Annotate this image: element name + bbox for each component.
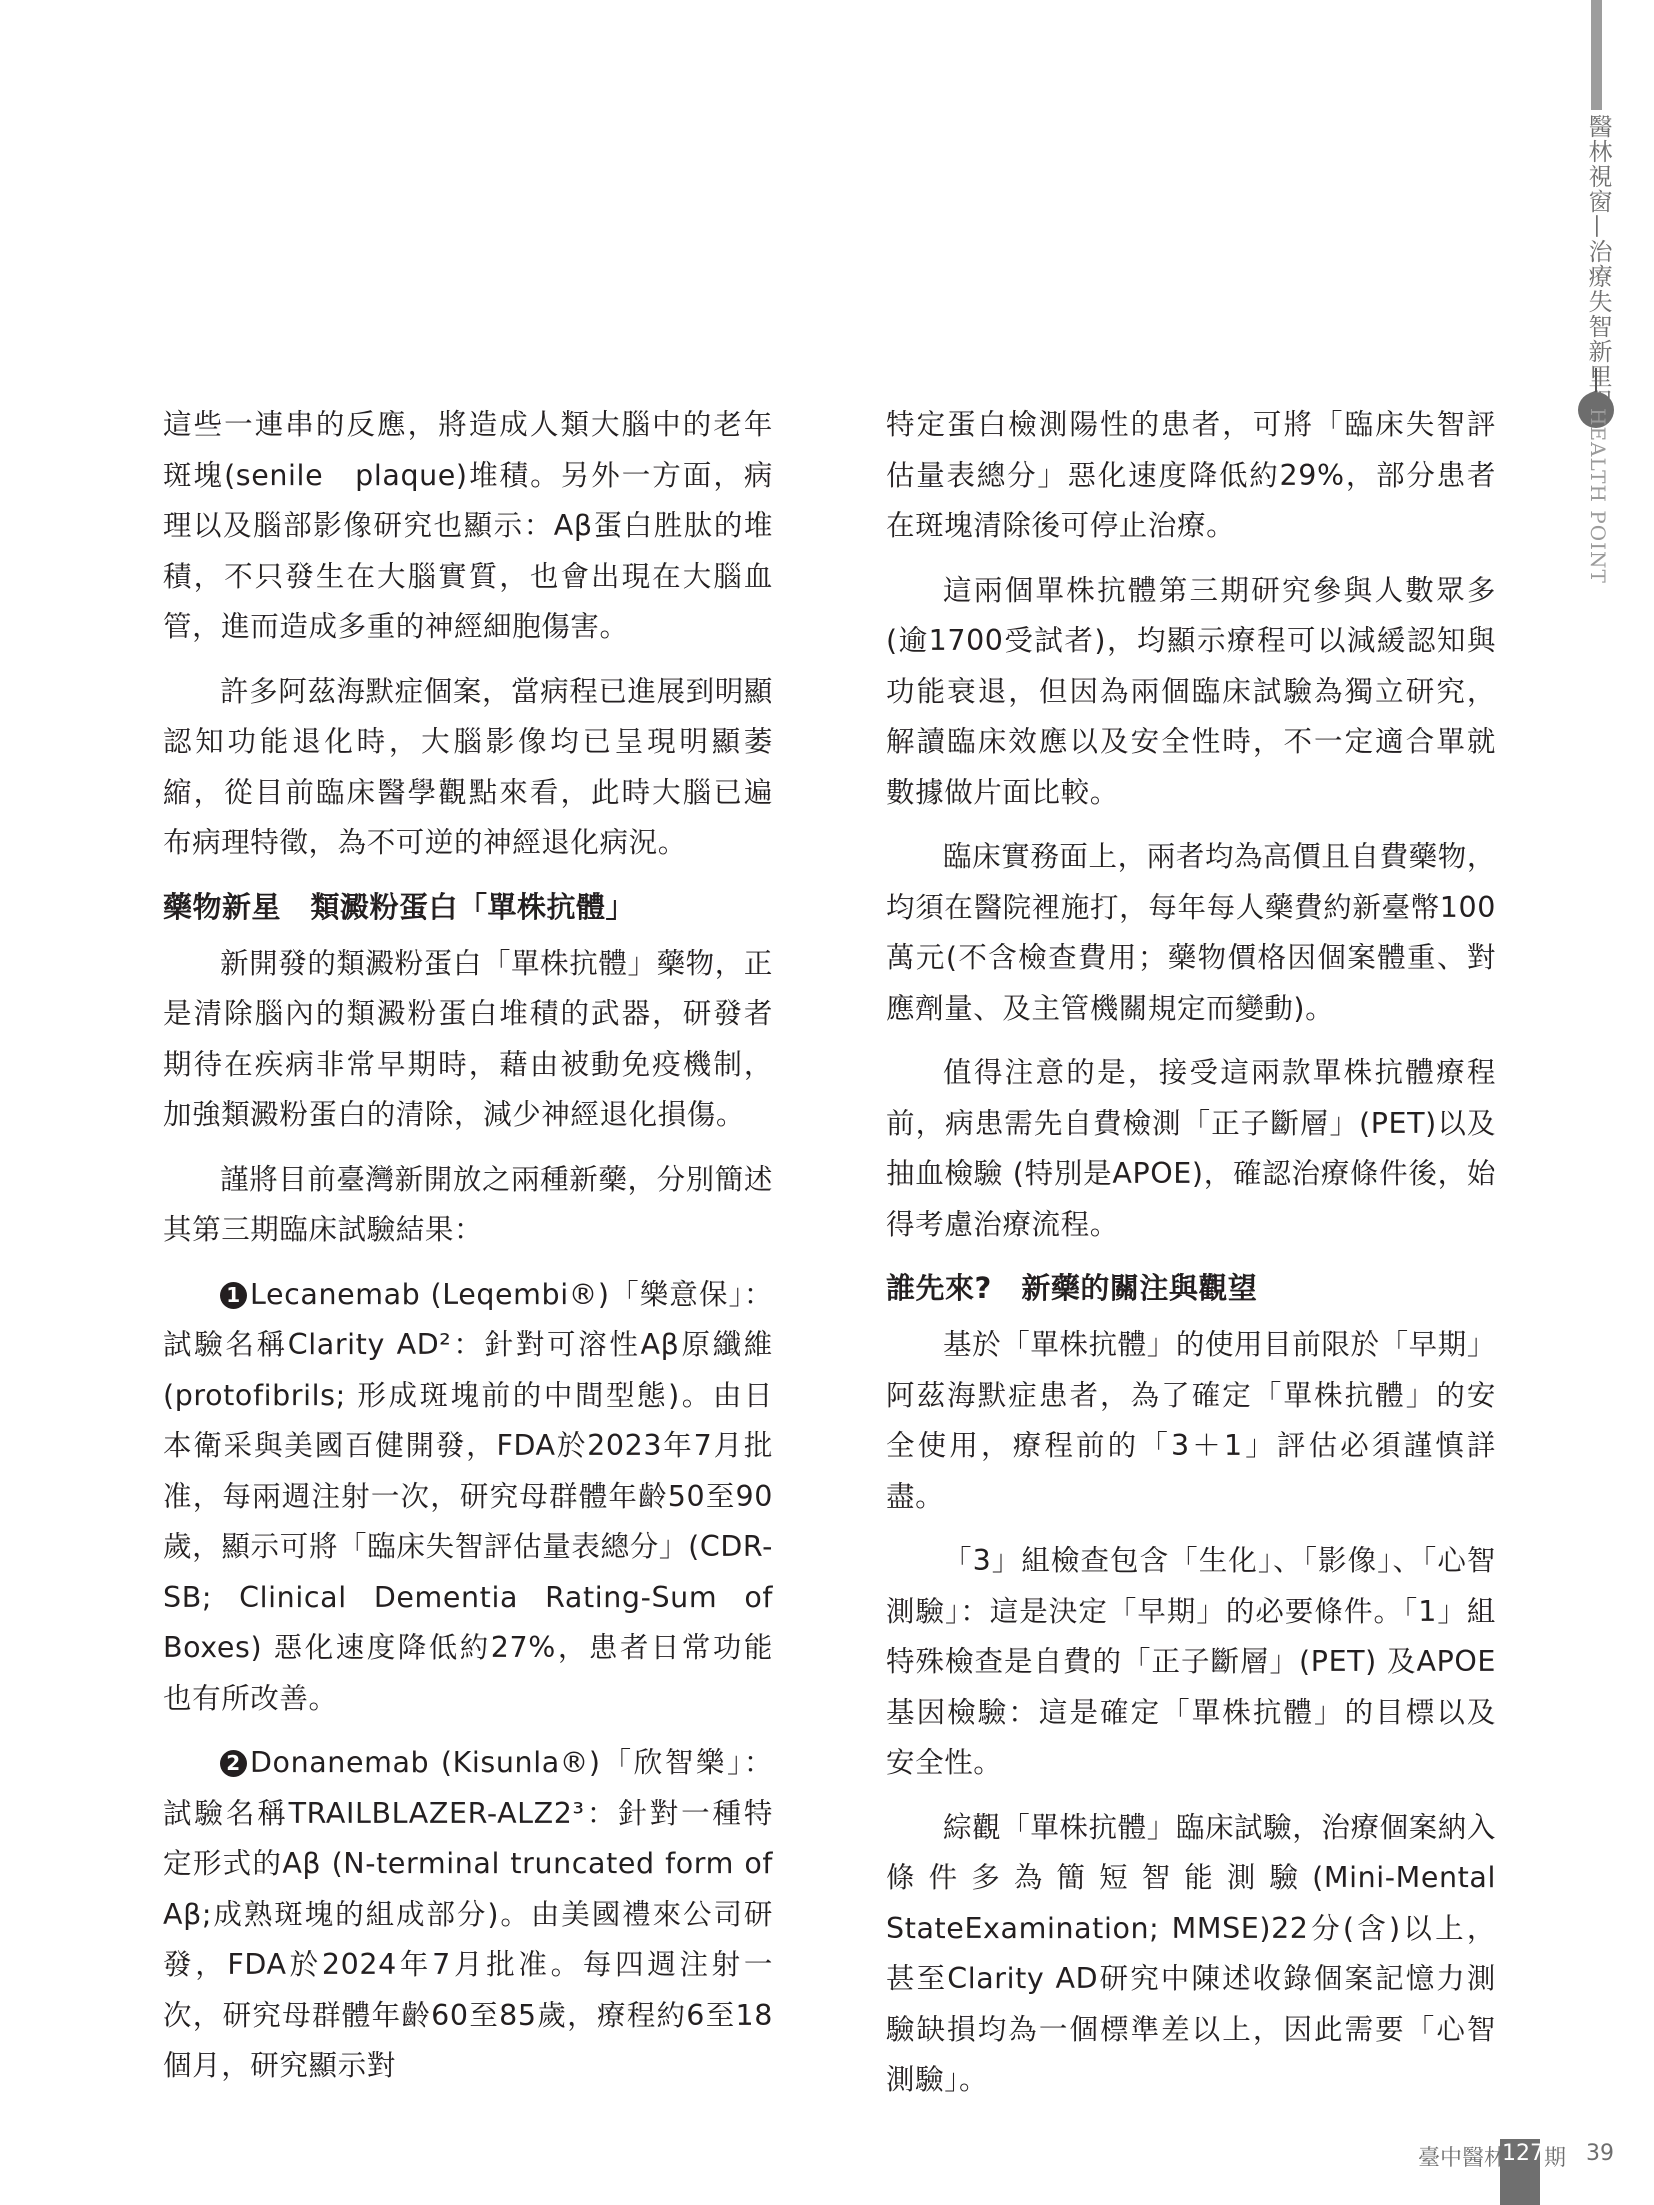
paragraph: 特定蛋白檢測陽性的患者，可將「臨床失智評估量表總分」惡化速度降低約29%，部分患…	[886, 400, 1496, 552]
drug-description: Donanemab (Kisunla®)「欣智樂」：試驗名稱TRAILBLAZE…	[163, 1746, 773, 2082]
paragraph: 新開發的類澱粉蛋白「單株抗體」藥物，正是清除腦內的類澱粉蛋白堆積的武器，研發者期…	[163, 939, 773, 1141]
drug-item-donanemab: 2Donanemab (Kisunla®)「欣智樂」：試驗名稱TRAILBLAZ…	[163, 1738, 773, 2092]
paragraph: 這兩個單株抗體第三期研究參與人數眾多(逾1700受試者)，均顯示療程可以減緩認知…	[886, 566, 1496, 819]
side-rail-bar	[1591, 0, 1602, 110]
drug-item-lecanemab: 1Lecanemab (Leqembi®)「樂意保」：試驗名稱Clarity A…	[163, 1270, 773, 1725]
section-heading: 誰先來? 新藥的關注與觀望	[886, 1264, 1496, 1312]
drug-description: Lecanemab (Leqembi®)「樂意保」：試驗名稱Clarity AD…	[163, 1278, 773, 1715]
issue-suffix: 期	[1544, 2141, 1566, 2172]
section-title-vertical: 醫林視窗—治療失智新里程	[1582, 114, 1612, 414]
right-column: 特定蛋白檢測陽性的患者，可將「臨床失智評估量表總分」惡化速度降低約29%，部分患…	[886, 400, 1496, 2120]
page-number: 39	[1586, 2141, 1614, 2166]
paragraph: 謹將目前臺灣新開放之兩種新藥，分別簡述其第三期臨床試驗結果：	[163, 1155, 773, 1256]
paragraph: 值得注意的是，接受這兩款單株抗體療程前，病患需先自費檢測「正子斷層」(PET)以…	[886, 1048, 1496, 1250]
magazine-name: 臺中醫林	[1418, 2141, 1506, 2172]
paragraph: 綜觀「單株抗體」臨床試驗，治療個案納入條件多為簡短智能測驗(Mini-Menta…	[886, 1803, 1496, 2106]
section-heading: 藥物新星 類澱粉蛋白「單株抗體」	[163, 883, 773, 931]
number-badge-icon: 1	[220, 1282, 247, 1309]
paragraph: 「3」組檢查包含「生化」、「影像」、「心智測驗」：這是決定「早期」的必要條件。「…	[886, 1536, 1496, 1789]
paragraph: 基於「單株抗體」的使用目前限於「早期」阿茲海默症患者，為了確定「單株抗體」的安全…	[886, 1320, 1496, 1522]
paragraph: 這些一連串的反應，將造成人類大腦中的老年斑塊(senile plaque)堆積。…	[163, 400, 773, 653]
issue-number: 127	[1502, 2141, 1544, 2166]
paragraph: 許多阿茲海默症個案，當病程已進展到明顯認知功能退化時，大腦影像均已呈現明顯萎縮，…	[163, 667, 773, 869]
paragraph: 臨床實務面上，兩者均為高價且自費藥物，均須在醫院裡施打，每年每人藥費約新臺幣10…	[886, 832, 1496, 1034]
left-column: 這些一連串的反應，將造成人類大腦中的老年斑塊(senile plaque)堆積。…	[163, 400, 773, 2106]
number-badge-icon: 2	[220, 1750, 247, 1777]
section-en-label: HEALTH POINT	[1584, 408, 1610, 584]
